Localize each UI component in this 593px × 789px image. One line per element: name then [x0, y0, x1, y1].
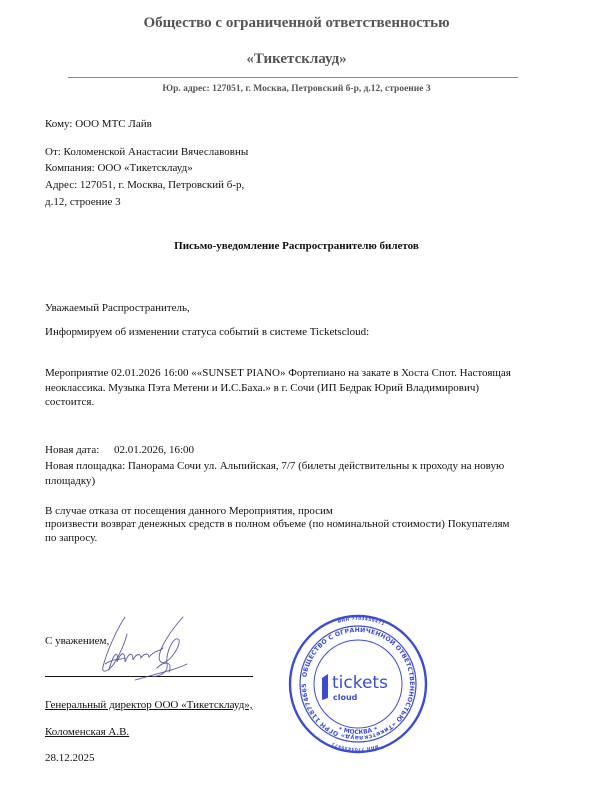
- legal-address: Юр. адрес: 127051, г. Москва, Петровский…: [0, 84, 593, 94]
- letter-title: Письмо-уведомление Распространителю биле…: [0, 240, 593, 253]
- event-line-1: Мероприятие 02.01.2026 16:00 ««SUNSET PI…: [45, 367, 511, 380]
- new-date-value: 02.01.2026, 16:00: [114, 444, 194, 457]
- svg-text:ИНН 7703459471: ИНН 7703459471: [337, 616, 385, 626]
- stamp-logo-word2: cloud: [333, 693, 358, 702]
- sender-address-line2: д.12, строение 3: [45, 196, 121, 209]
- stamp-logo-word1: tickets: [332, 673, 388, 693]
- new-venue-line-1: Новая площадка: Панорама Сочи ул. Альпий…: [45, 460, 504, 473]
- refund-line-1: В случае отказа от посещения данного Мер…: [45, 505, 333, 518]
- refund-line-2: произвести возврат денежных средств в по…: [45, 518, 510, 531]
- header-divider: [68, 77, 518, 78]
- new-date-label: Новая дата:: [45, 444, 99, 457]
- new-venue-line-2: площадку): [45, 475, 95, 488]
- sender-from: От: Коломенской Анастасии Вячеславовны: [45, 146, 248, 159]
- event-line-2: неоклассика. Музыка Пэта Метени и И.С.Ба…: [45, 382, 479, 395]
- refund-line-3: по запросу.: [45, 532, 97, 545]
- intro-text: Информируем об изменении статуса событий…: [45, 326, 369, 339]
- handwritten-signature: [95, 612, 205, 687]
- company-stamp: ОБЩЕСТВО С ОГРАНИЧЕННОЙ ОТВЕТСТВЕННОСТЬЮ…: [288, 614, 428, 754]
- signer-position: Генеральный директор ООО «Тикетсклауд»,: [45, 699, 253, 712]
- company-name-line1: Общество с ограниченной ответственностью: [0, 15, 593, 32]
- ticketscloud-logo: tickets cloud: [322, 673, 388, 702]
- sender-company: Компания: ООО «Тикетсклауд»: [45, 162, 193, 175]
- recipient-to: Кому: ООО МТС Лайв: [45, 118, 152, 131]
- signer-name: Коломенская А.В.: [45, 726, 129, 739]
- svg-text:ИНН 7703459471: ИНН 7703459471: [330, 742, 378, 752]
- stamp-inn-text-2: ИНН 7703459471: [330, 742, 378, 752]
- greeting: Уважаемый Распространитель,: [45, 302, 190, 315]
- event-line-3: состоится.: [45, 396, 94, 409]
- sender-address-line1: Адрес: 127051, г. Москва, Петровский б-р…: [45, 179, 244, 192]
- company-name-line2: «Тикетсклауд»: [0, 51, 593, 68]
- stamp-inn-text: ИНН 7703459471: [337, 616, 385, 626]
- letter-date: 28.12.2025: [45, 752, 95, 765]
